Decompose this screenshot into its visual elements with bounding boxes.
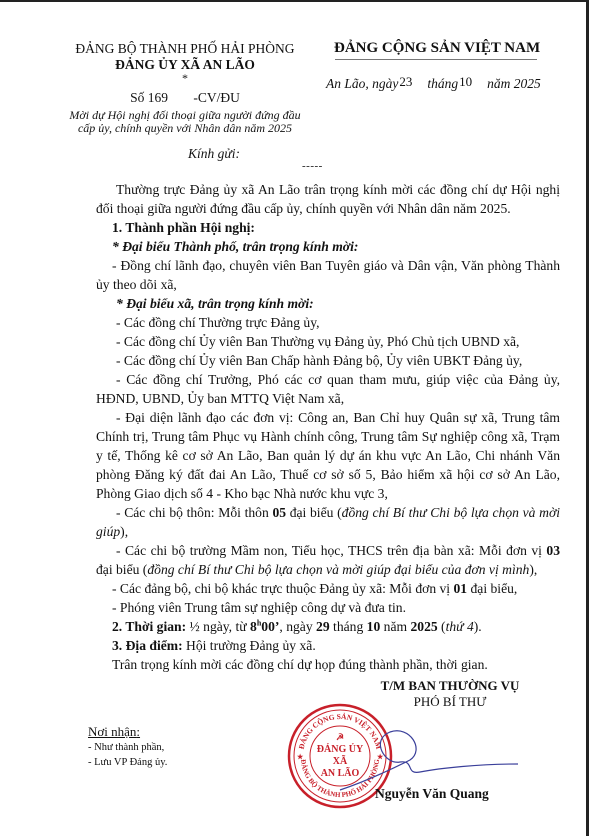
section-1-title: 1. Thành phần Hội nghị: [96, 218, 560, 237]
time-label: 2. Thời gian: [112, 619, 186, 634]
recipient-item: - Như thành phần, [88, 742, 164, 753]
date-month-label: tháng [427, 76, 458, 91]
text: - Các đảng bộ, chi bộ khác trực thuộc Đả… [112, 581, 450, 596]
school-cells-item: - Các chi bộ trường Mầm non, Tiểu học, T… [96, 541, 560, 579]
other-delegate-count: 01 [454, 581, 468, 596]
date-line: An Lão, ngày23tháng10năm 2025 [326, 76, 541, 92]
doc-number-value: 169 [148, 90, 168, 105]
text: đại biểu, [471, 581, 518, 596]
commune-delegate-item: - Các đồng chí Thường trực Đảng ủy, [96, 313, 560, 332]
text: ), [529, 562, 537, 577]
text: đại biểu ( [290, 505, 342, 520]
city-delegate-item: - Đồng chí lãnh đạo, chuyên viên Ban Tuy… [96, 256, 560, 294]
signer-name: Nguyễn Văn Quang [375, 786, 489, 802]
text: đại biểu ( [96, 562, 147, 577]
text: năm [384, 619, 407, 634]
text: tháng [333, 619, 363, 634]
svg-text:★: ★ [297, 753, 304, 761]
letter-body: Thường trực Đảng ủy xã An Lão trân trọng… [96, 180, 560, 674]
org-parent: ĐẢNG BỘ THÀNH PHỐ HẢI PHÒNG [60, 41, 310, 57]
time-year: 2025 [410, 619, 437, 634]
time-hour: 8h00’ [250, 619, 279, 634]
recipients-title: Nơi nhận: [88, 724, 140, 740]
other-cells-item: - Các đảng bộ, chi bộ khác trực thuộc Đả… [96, 579, 560, 598]
village-cells-item: - Các chi bộ thôn: Mỗi thôn 05 đại biểu … [96, 503, 560, 541]
text: - Các chi bộ thôn: Mỗi thôn [116, 505, 269, 520]
party-name: ĐẢNG CỘNG SẢN VIỆT NAM [334, 40, 540, 57]
salutation: Kính gửi: [188, 146, 240, 162]
recipient-item: - Lưu VP Đảng ủy. [88, 757, 167, 768]
closing-line: Trân trọng kính mời các đồng chí dự họp … [96, 655, 560, 674]
note: đồng chí Bí thư Chi bộ lựa chọn và mời g… [147, 562, 529, 577]
text: , ngày [279, 619, 312, 634]
city-delegates-title: * Đại biểu Thành phố, trân trọng kính mờ… [96, 237, 560, 256]
time-line: 2. Thời gian: ½ ngày, từ 8h00’, ngày 29 … [96, 617, 560, 636]
location-value: Hội trường Đảng ủy xã. [186, 638, 316, 653]
date-place: An Lão, ngày [326, 76, 398, 91]
reporter-item: - Phóng viên Trung tâm sự nghiệp công dự… [96, 598, 560, 617]
time-weekday: thứ 4 [446, 619, 474, 634]
commune-delegate-item: - Các đồng chí Ủy viên Ban Chấp hành Đản… [96, 351, 560, 370]
text: ½ ngày, từ [190, 619, 247, 634]
village-delegate-count: 05 [272, 505, 286, 520]
party-name-underline [335, 59, 537, 60]
commune-delegate-item: - Đại diện lãnh đạo các đơn vị: Công an,… [96, 408, 560, 503]
doc-code: -CV/ĐU [193, 90, 240, 105]
date-month: 10 [459, 74, 472, 89]
school-delegate-count: 03 [546, 543, 560, 558]
date-year: năm 2025 [487, 76, 541, 91]
time-month: 10 [367, 619, 381, 634]
location-label: 3. Địa điểm: [112, 638, 183, 653]
handwritten-signature-icon [330, 720, 520, 795]
time-day: 29 [316, 619, 330, 634]
signature-on-behalf: T/M BAN THƯỜNG VỤ [350, 678, 550, 694]
doc-number-prefix: Số [130, 90, 144, 105]
star-divider: * [60, 71, 310, 86]
salutation-dash: ----- [302, 160, 323, 172]
location-line: 3. Địa điểm: Hội trường Đảng ủy xã. [96, 636, 560, 655]
text: ), [120, 524, 128, 539]
date-day: 23 [399, 74, 412, 89]
subject-line-2: cấp ủy, chính quyền với Nhân dân năm 202… [60, 121, 310, 136]
doc-number: Số 169 -CV/ĐU [60, 90, 310, 106]
commune-delegate-item: - Các đồng chí Ủy viên Ban Thường vụ Đản… [96, 332, 560, 351]
commune-delegates-title: * Đại biểu xã, trân trọng kính mời: [96, 294, 560, 313]
commune-delegate-item: - Các đồng chí Trưởng, Phó các cơ quan t… [96, 370, 560, 408]
text: - Các chi bộ trường Mầm non, Tiểu học, T… [116, 543, 542, 558]
intro-paragraph: Thường trực Đảng ủy xã An Lão trân trọng… [96, 180, 560, 218]
